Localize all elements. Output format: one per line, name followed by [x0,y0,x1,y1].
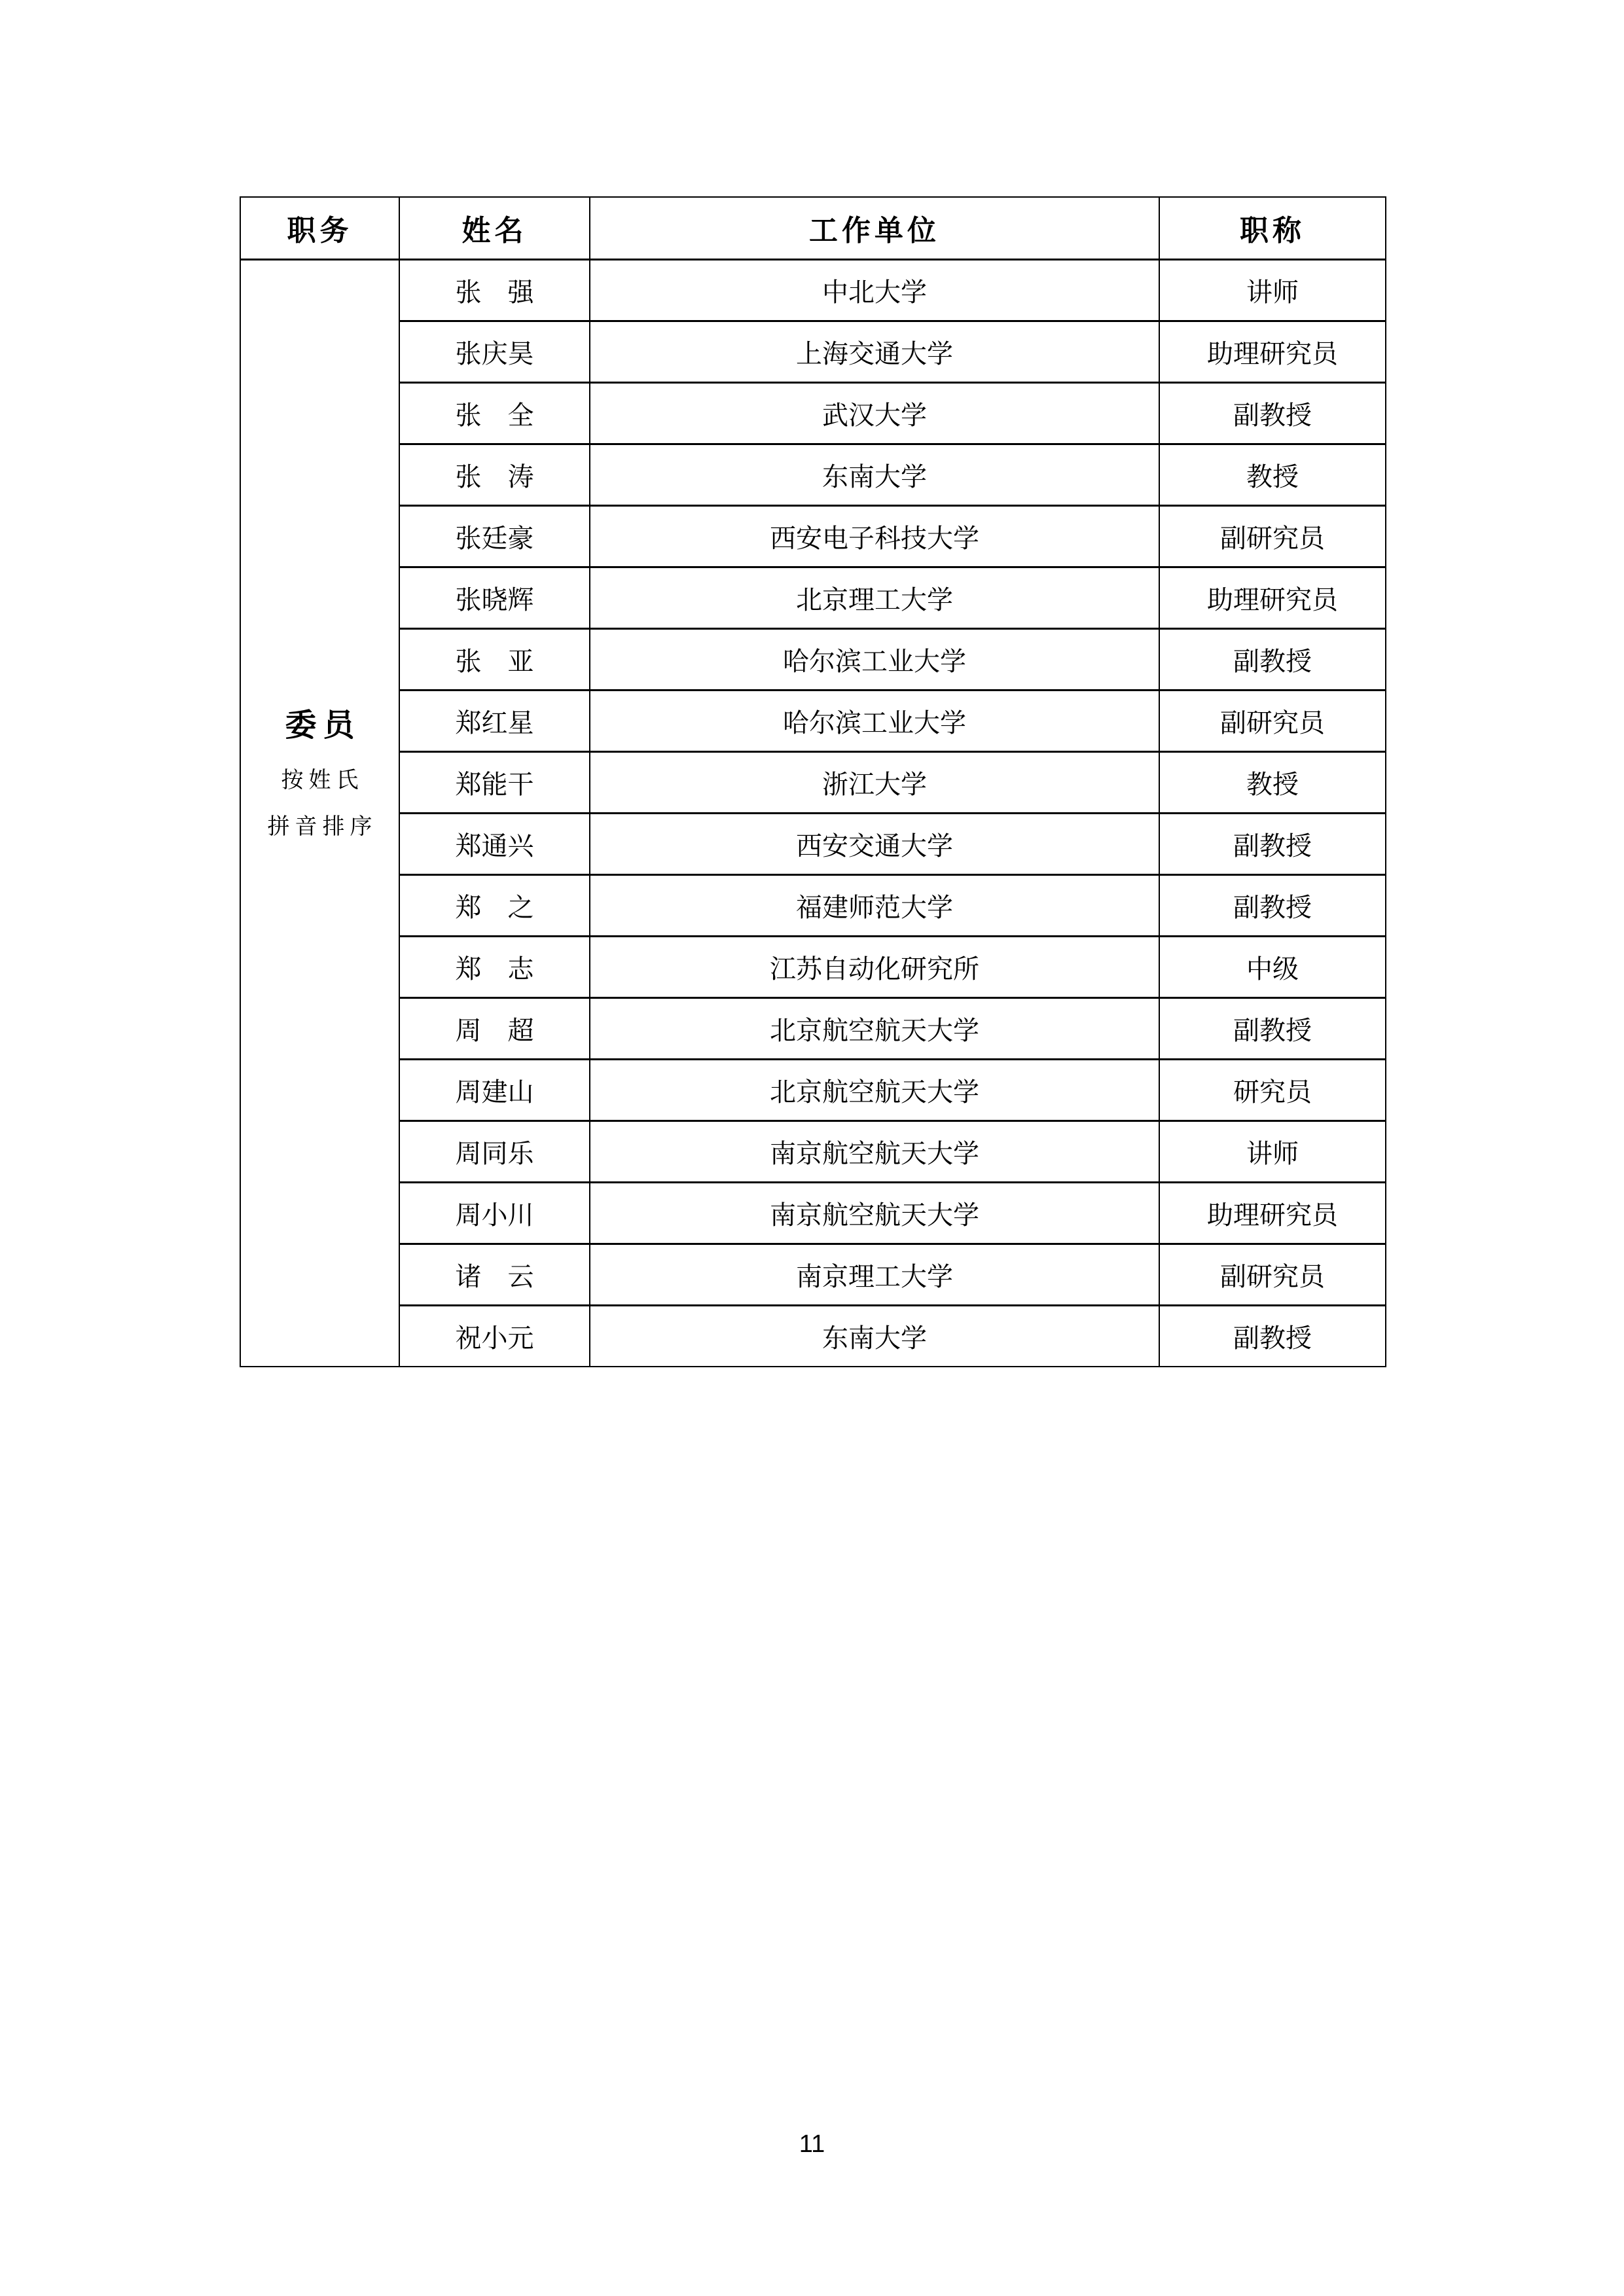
title-cell: 助理研究员 [1159,321,1386,382]
table-row: 委员 按姓氏 拼音排序 张 强 中北大学 讲师 [240,259,1386,321]
role-note-line1: 按姓氏 [276,757,364,804]
name-cell: 周小川 [399,1182,590,1244]
title-cell: 副研究员 [1159,690,1386,751]
table-row: 张 涛 东南大学 教授 [240,444,1386,505]
title-cell: 副研究员 [1159,505,1386,567]
page-number: 11 [0,2130,1624,2159]
name-cell: 祝小元 [399,1305,590,1367]
title-cell: 教授 [1159,444,1386,505]
name-cell: 周同乐 [399,1121,590,1182]
header-cell-title: 职称 [1159,197,1386,259]
table-row: 周同乐 南京航空航天大学 讲师 [240,1121,1386,1182]
name-cell: 张 强 [399,259,590,321]
title-cell: 副教授 [1159,382,1386,444]
unit-cell: 北京理工大学 [590,567,1159,628]
title-cell: 副教授 [1159,874,1386,936]
unit-cell: 南京航空航天大学 [590,1182,1159,1244]
table-row: 郑通兴 西安交通大学 副教授 [240,813,1386,874]
role-note-line2: 拼音排序 [262,804,378,850]
table-row: 郑 之 福建师范大学 副教授 [240,874,1386,936]
name-cell: 郑通兴 [399,813,590,874]
unit-cell: 北京航空航天大学 [590,1059,1159,1121]
table-row: 郑红星 哈尔滨工业大学 副研究员 [240,690,1386,751]
name-cell: 张 涛 [399,444,590,505]
unit-cell: 浙江大学 [590,751,1159,813]
table-row: 张晓辉 北京理工大学 助理研究员 [240,567,1386,628]
name-cell: 诸 云 [399,1244,590,1305]
unit-cell: 东南大学 [590,1305,1159,1367]
table-row: 周建山 北京航空航天大学 研究员 [240,1059,1386,1121]
unit-cell: 江苏自动化研究所 [590,936,1159,997]
table-row: 张廷豪 西安电子科技大学 副研究员 [240,505,1386,567]
role-title: 委员 [278,706,361,745]
unit-cell: 西安交通大学 [590,813,1159,874]
name-cell: 郑能干 [399,751,590,813]
name-cell: 周 超 [399,997,590,1059]
unit-cell: 中北大学 [590,259,1159,321]
title-cell: 副教授 [1159,813,1386,874]
header-cell-unit: 工作单位 [590,197,1159,259]
unit-cell: 哈尔滨工业大学 [590,628,1159,690]
unit-cell: 福建师范大学 [590,874,1159,936]
table-row: 周小川 南京航空航天大学 助理研究员 [240,1182,1386,1244]
table-row: 张 全 武汉大学 副教授 [240,382,1386,444]
title-cell: 中级 [1159,936,1386,997]
header-cell-name: 姓名 [399,197,590,259]
title-cell: 副教授 [1159,1305,1386,1367]
table-row: 张 亚 哈尔滨工业大学 副教授 [240,628,1386,690]
unit-cell: 武汉大学 [590,382,1159,444]
unit-cell: 哈尔滨工业大学 [590,690,1159,751]
name-cell: 郑红星 [399,690,590,751]
role-merged-cell: 委员 按姓氏 拼音排序 [240,259,399,1367]
name-cell: 张廷豪 [399,505,590,567]
unit-cell: 东南大学 [590,444,1159,505]
unit-cell: 南京理工大学 [590,1244,1159,1305]
committee-members-table: 职务 姓名 工作单位 职称 委员 按姓氏 拼音排序 张 强 中北大学 讲师 [240,196,1386,1367]
title-cell: 助理研究员 [1159,567,1386,628]
table-row: 周 超 北京航空航天大学 副教授 [240,997,1386,1059]
name-cell: 张庆昊 [399,321,590,382]
unit-cell: 南京航空航天大学 [590,1121,1159,1182]
title-cell: 研究员 [1159,1059,1386,1121]
title-cell: 教授 [1159,751,1386,813]
title-cell: 讲师 [1159,259,1386,321]
name-cell: 周建山 [399,1059,590,1121]
table-row: 祝小元 东南大学 副教授 [240,1305,1386,1367]
name-cell: 郑 志 [399,936,590,997]
document-page: 职务 姓名 工作单位 职称 委员 按姓氏 拼音排序 张 强 中北大学 讲师 [0,0,1624,2296]
table-row: 诸 云 南京理工大学 副研究员 [240,1244,1386,1305]
title-cell: 副教授 [1159,997,1386,1059]
name-cell: 张 亚 [399,628,590,690]
table-row: 张庆昊 上海交通大学 助理研究员 [240,321,1386,382]
title-cell: 讲师 [1159,1121,1386,1182]
name-cell: 张 全 [399,382,590,444]
name-cell: 张晓辉 [399,567,590,628]
unit-cell: 上海交通大学 [590,321,1159,382]
unit-cell: 北京航空航天大学 [590,997,1159,1059]
role-cell-content: 委员 按姓氏 拼音排序 [241,706,399,851]
table-header-row: 职务 姓名 工作单位 职称 [240,197,1386,259]
title-cell: 助理研究员 [1159,1182,1386,1244]
table-row: 郑 志 江苏自动化研究所 中级 [240,936,1386,997]
title-cell: 副教授 [1159,628,1386,690]
name-cell: 郑 之 [399,874,590,936]
unit-cell: 西安电子科技大学 [590,505,1159,567]
table-row: 郑能干 浙江大学 教授 [240,751,1386,813]
title-cell: 副研究员 [1159,1244,1386,1305]
header-cell-position: 职务 [240,197,399,259]
